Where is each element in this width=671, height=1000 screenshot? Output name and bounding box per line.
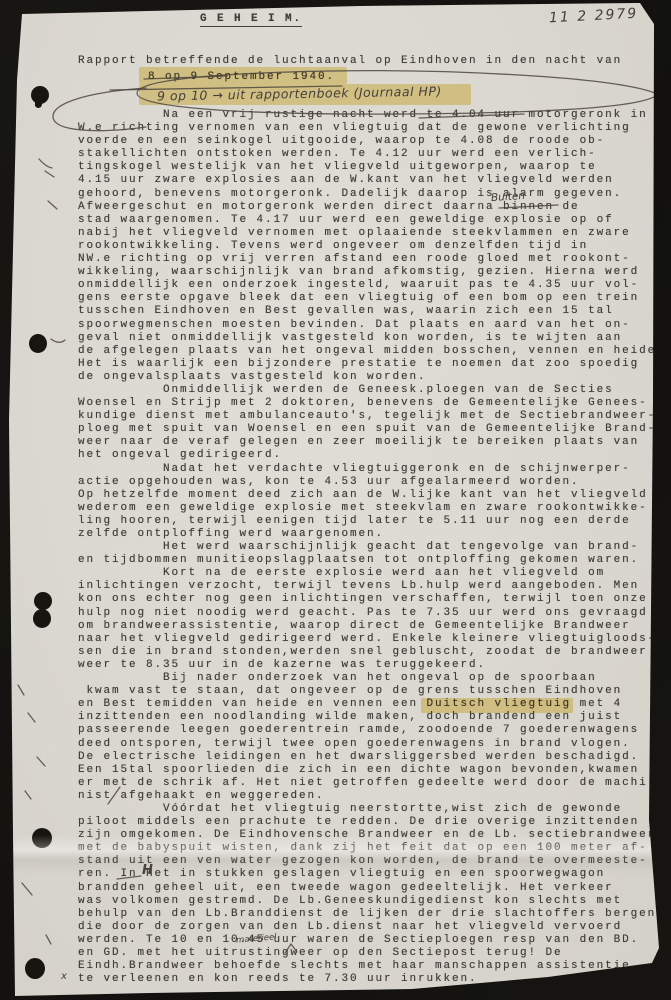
scanned-photo-background: G E H E I M. Rapport betreffende de luch… (0, 0, 671, 1000)
text-line: en GD. met het uitrustingweer op den Sec… (78, 947, 664, 960)
text-line: NW.e richting op vrij verren afstand een… (78, 253, 664, 266)
text-line: en tijdbommen munitieopslagplaatsen tot … (78, 554, 664, 567)
punch-hole (29, 334, 47, 353)
text-line: geval niet onmiddellijk vastgesteld kon … (78, 332, 664, 345)
text-line: kwam vast te staan, dat ongeveer op de g… (78, 685, 664, 698)
text-line: wikkeling, waarschijnlijk van brand afko… (78, 266, 664, 279)
text-line: Op hetzelfde moment deed zich aan de W.l… (78, 489, 664, 502)
text-line: stad waargenomen. Te 4.17 uur werd een g… (78, 214, 664, 227)
text-line: kundige dienst met ambulanceauto's, tege… (78, 410, 664, 423)
report-body: Na een vrij rustige nacht werd te 4.04 u… (78, 109, 664, 986)
text-line: De electrische leidingen en het dwarslig… (78, 751, 664, 764)
report-title: Rapport betreffende de luchtaanval op Ei… (78, 55, 622, 67)
text-line: zijn omgekomen. De Eindhovensche Brandwe… (78, 829, 664, 842)
text-line: tingskogel westelijk van het vliegveld u… (78, 161, 664, 174)
margin-tick (39, 159, 52, 168)
margin-tick (22, 883, 32, 895)
report-date: 8 op 9 September 1940. (148, 71, 335, 83)
text-line: gens eerste opgave bleek dat een vliegtu… (78, 292, 664, 305)
margin-tick (46, 935, 51, 944)
text-line: spoorwegmenschen moesten bevinden. Dat p… (78, 319, 664, 332)
punch-hole (25, 958, 45, 979)
handwritten-correction-het: H (142, 863, 153, 878)
text-line: Vóórdat het vliegtuig neerstortte,wist z… (78, 803, 664, 816)
handwritten-margin-mark: x (61, 971, 67, 982)
text-line: naar het vliegveld gedirigeerd werd. Enk… (78, 633, 664, 646)
text-line: er met de schrik af. Het niet getroffen … (78, 777, 664, 790)
handwritten-file-number: 11 2 2979 (549, 6, 639, 27)
text-line: Woensel en Strijp met 2 doktoren, beneve… (78, 397, 664, 410)
margin-tick (25, 791, 31, 799)
text-line: om brandweerassistentie, waarop direct d… (78, 620, 664, 633)
text-line: zelfde ontploffing werd waargenomen. (78, 528, 664, 541)
text-line: stand uit een ven water gezogen kon word… (78, 855, 664, 868)
text-line: deed ontsporen, terwijl twee open goeder… (78, 738, 664, 751)
handwritten-correction-buiten: Buiten (491, 190, 526, 204)
text-line: met de babyspuit wisten, dank zij het fe… (78, 842, 664, 855)
text-line: Na een vrij rustige nacht werd te 4.04 u… (78, 109, 664, 122)
margin-tick (18, 685, 24, 695)
text-line: Nadat het verdachte vliegtuiggeronk en d… (78, 463, 664, 476)
text-line: Een 15tal spoorlieden die zich in een di… (78, 764, 664, 777)
text-line: en Best temidden van heide en vennen een… (78, 698, 664, 711)
margin-tick (48, 201, 57, 209)
text-line: Het werd waarschijnlijk geacht dat tenge… (78, 541, 664, 554)
punch-hole (32, 828, 52, 848)
text-line: Kort na de eerste explosie werd aan het … (78, 567, 664, 580)
text-line: kon ons echter nog geen inlichtingen ver… (78, 593, 664, 606)
margin-tick (51, 339, 65, 342)
text-line: ling hooren, terwijl eenigen tijd later … (78, 515, 664, 528)
margin-tick (28, 713, 35, 722)
punch-hole (34, 592, 52, 610)
text-line: nabij het vliegveld vernomen met oplaaie… (78, 227, 664, 240)
text-line: de ongevalsplaats vastgesteld kon worden… (78, 371, 664, 384)
text-line: rookontwikkeling. Tevens werd ongeveer o… (78, 240, 664, 253)
text-line: stakellichten ontstoken werden. Te 4.12 … (78, 148, 664, 161)
text-line: werden. Te 10 en 10.45 uur waren de Sect… (78, 934, 664, 947)
text-line: inzittenden een noodlanding wilde maken,… (78, 711, 664, 724)
margin-tick (45, 171, 54, 177)
text-line: gehoord, benevens motorgeronk. Dadelijk … (78, 188, 664, 201)
text-line: het ongeval gedirigeerd. (78, 449, 664, 462)
document-paper: G E H E I M. Rapport betreffende de luch… (0, 0, 671, 1000)
text-line: passeerende leegen goederentrein ramde, … (78, 724, 664, 737)
punch-hole (33, 609, 51, 628)
handwritten-note: 9 op 10 → uit rapportenboek (Journaal HP… (157, 84, 442, 104)
text-line: ren. In Het in stukken geslagen vliegtui… (78, 868, 664, 881)
text-line: weer te 8.35 uur in de kazerne was terug… (78, 659, 664, 672)
punch-hole (31, 86, 49, 104)
text-line: nist afgehaakt en weggereden. (78, 790, 664, 803)
text-line: actie opgehouden was, kon te 4.53 uur af… (78, 476, 664, 489)
margin-tick (37, 757, 45, 766)
text-line: hulp nog niet noodig werd geacht. Pas te… (78, 607, 664, 620)
text-line: Het is waarlijk een bijzondere prestatie… (78, 358, 664, 371)
text-line: onmiddellijk een onderzoek ingesteld, wa… (78, 279, 664, 292)
text-line: was volkomen gestremd. De Lb.Geneeskundi… (78, 895, 664, 908)
text-line: behulp van den Lb.Branddienst de lijken … (78, 908, 664, 921)
text-line: ploeg met spuit van Woensel en een spuit… (78, 423, 664, 436)
text-line: de afgelegen plaats van het ongeval midd… (78, 345, 664, 358)
text-line: Eindh.Brandweer behoefde slechts met haa… (78, 960, 664, 973)
text-line: inlichtingen verzocht, terwijl tevens Lb… (78, 580, 664, 593)
text-line: W.e richting vernomen van een vliegtuig … (78, 122, 664, 135)
text-line: Afweergeschut en motorgeronk werden dire… (78, 201, 664, 214)
text-line: voerde en een seinkogel uitgooide, waaro… (78, 135, 664, 148)
text-line: weer naar de veraf gelegen en zeer moeil… (78, 436, 664, 449)
text-line: sen die in brand stonden,werden snel geb… (78, 646, 664, 659)
text-line: te verleenen en kon reeds te 7.30 uur in… (78, 973, 664, 986)
text-line: die door de zorgen van den Lb.dienst naa… (78, 921, 664, 934)
text-line: Bij nader onderzoek van het ongeval op d… (78, 672, 664, 685)
text-line: piloot middels een prachute te redden. D… (78, 816, 664, 829)
text-line: Onmiddellijk werden de Geneesk.ploegen v… (78, 384, 664, 397)
text-line: tusschen Eindhoven en Best gevallen was,… (78, 305, 664, 318)
text-line: 4.15 uur zware explosies aan de W.kant v… (78, 174, 664, 187)
text-line: wederom een geweldige explosie met steek… (78, 502, 664, 515)
classification-header: G E H E I M. (200, 13, 302, 27)
text-line: brandden geheel uit, een tweede wagon ge… (78, 882, 664, 895)
